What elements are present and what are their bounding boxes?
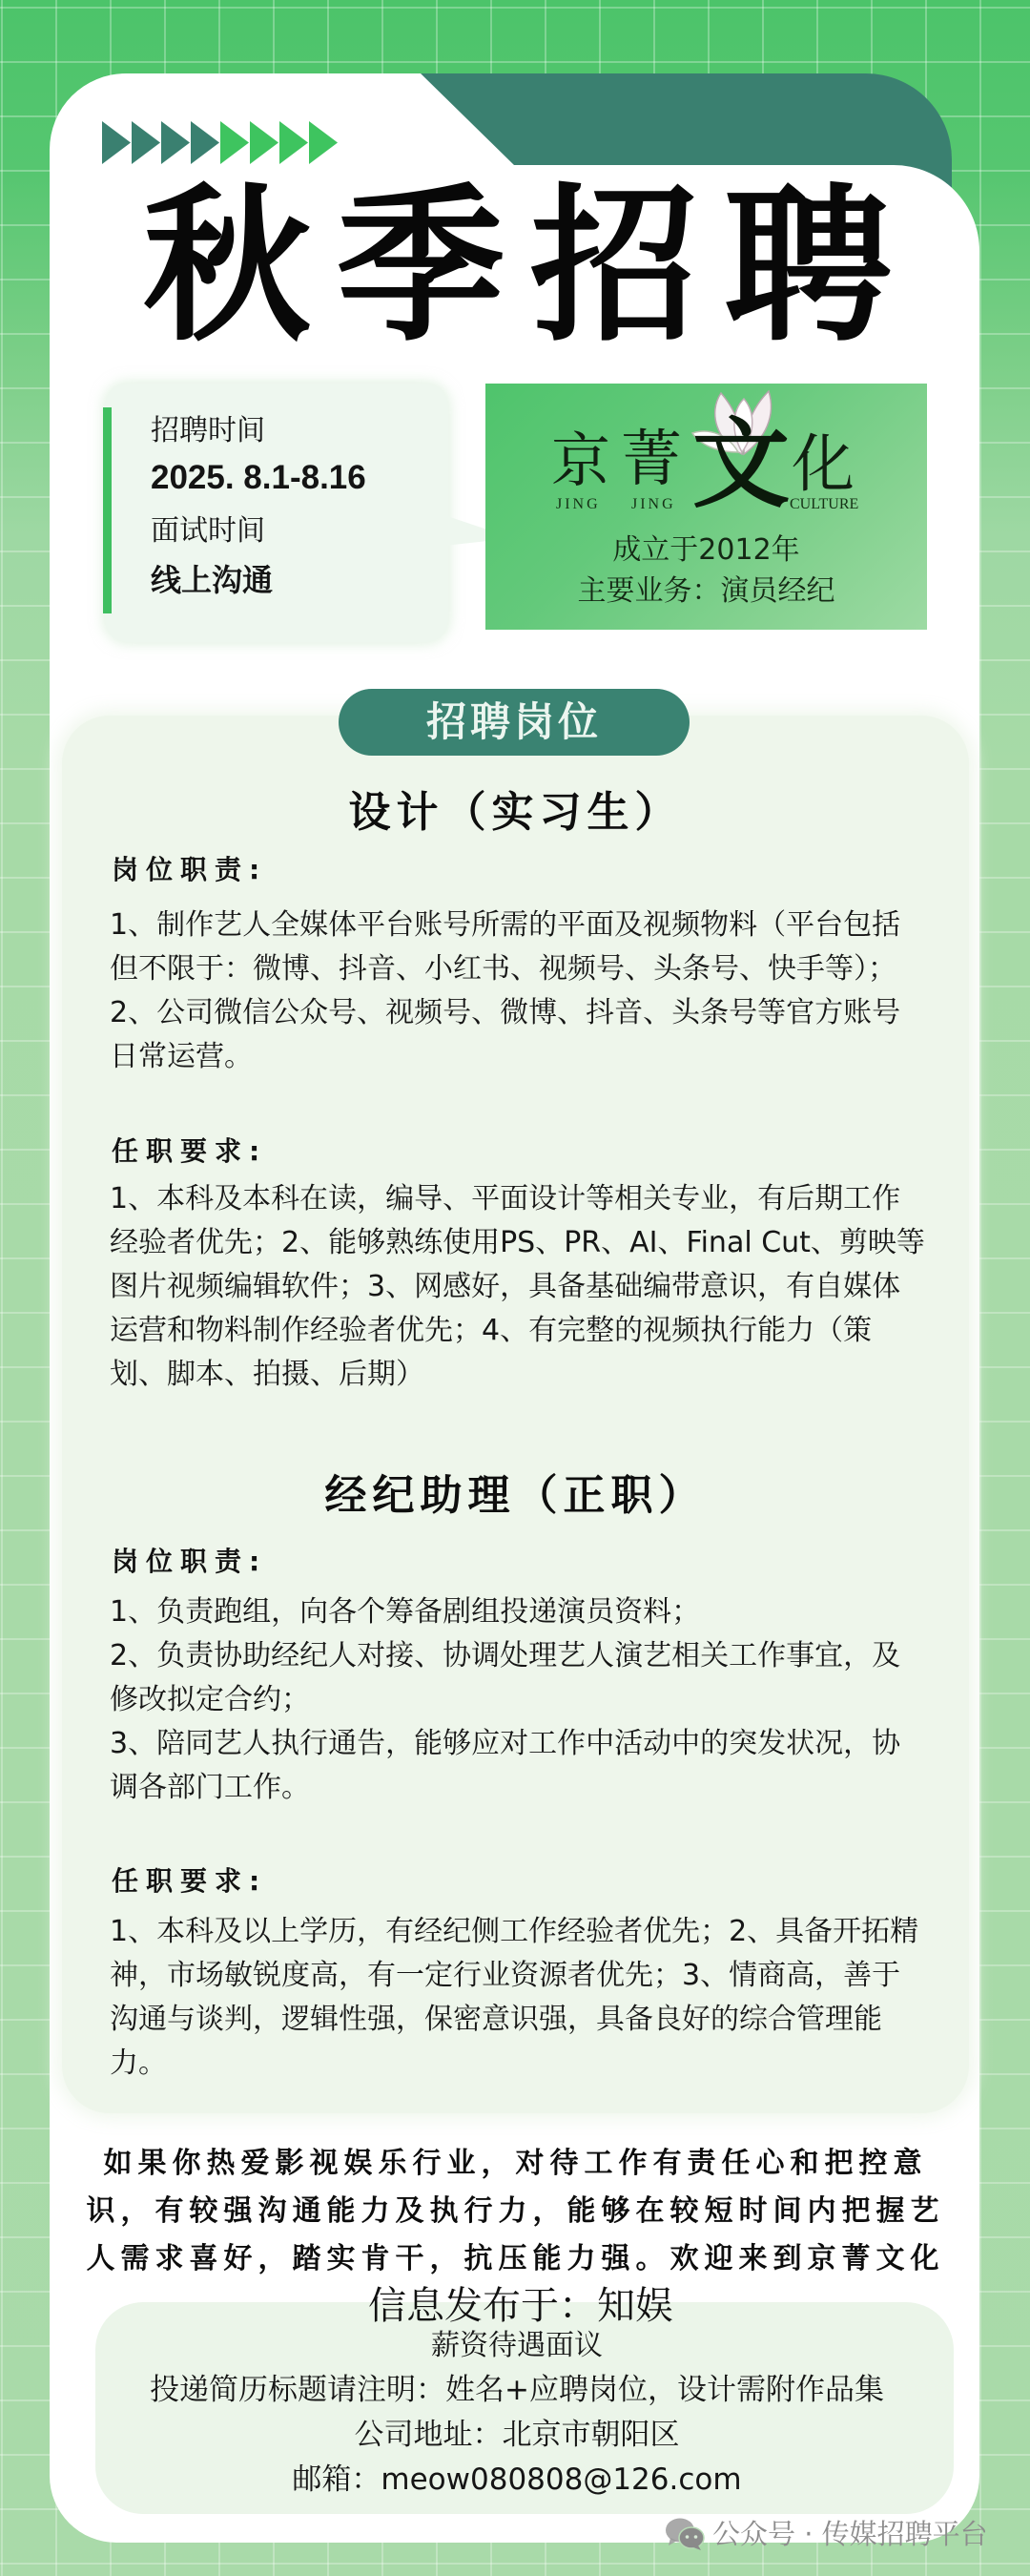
logo-char: 化 <box>792 433 855 496</box>
list-line: 调各部门工作。 <box>110 1766 900 1810</box>
business-text: 主要业务：演员经纪 <box>485 577 927 606</box>
arrow-icon <box>309 121 338 164</box>
list-line: 3、陪同艺人执行通告，能够应对工作中活动中的突发状况，协 <box>110 1722 900 1766</box>
arrow-icon <box>161 121 190 164</box>
resume-note: 投递简历标题请注明：姓名+应聘岗位，设计需附作品集 <box>95 2368 938 2413</box>
list-line: 神，市场敏锐度高，有一定行业资源者优先；3、情商高，善于 <box>110 1954 918 1998</box>
address-text: 公司地址：北京市朝阳区 <box>95 2413 938 2458</box>
publisher-text: 信息发布于：知娱 <box>0 2283 1030 2329</box>
accent-bar <box>103 407 112 613</box>
recruit-time-value: 2025. 8.1-8.16 <box>151 461 366 494</box>
requirements-heading: 任职要求: <box>112 1130 267 1174</box>
requirements-list: 1、本科及以上学历，有经纪侧工作经验者优先；2、具备开拓精 神，市场敏锐度高，有… <box>110 1910 918 2086</box>
duties-list: 1、制作艺人全媒体平台账号所需的平面及视频物料（平台包括 但不限于：微博、抖音、… <box>110 904 900 1079</box>
logo-latin: CULTURE <box>790 497 858 512</box>
arrow-icon <box>279 121 308 164</box>
founded-text: 成立于2012年 <box>485 536 927 565</box>
position-title: 设计（实习生） <box>62 784 969 841</box>
list-line: 沟通与谈判，逻辑性强，保密意识强，具备良好的综合管理能 <box>110 1998 918 2042</box>
section-label: 招聘岗位 <box>426 702 602 742</box>
duties-heading: 岗位职责: <box>112 848 267 892</box>
list-line: 1、制作艺人全媒体平台账号所需的平面及视频物料（平台包括 <box>110 904 900 947</box>
list-line: 1、本科及本科在读，编导、平面设计等相关专业，有后期工作 <box>110 1177 925 1221</box>
list-line: 划、脚本、拍摄、后期） <box>110 1353 925 1397</box>
requirements-heading: 任职要求: <box>112 1859 267 1903</box>
requirements-list: 1、本科及本科在读，编导、平面设计等相关专业，有后期工作 经验者优先；2、能够熟… <box>110 1177 925 1397</box>
closing-line: 如果你热爱影视娱乐行业，对待工作有责任心和把控意 <box>62 2140 969 2188</box>
logo-latin: JING <box>631 497 676 512</box>
recruit-time-label: 招聘时间 <box>151 417 265 446</box>
email-text: 邮箱：meow080808@126.com <box>95 2458 938 2503</box>
list-line: 1、负责跑组，向各个筹备剧组投递演员资料； <box>110 1590 900 1634</box>
wechat-icon <box>665 2517 705 2551</box>
closing-paragraph: 如果你热爱影视娱乐行业，对待工作有责任心和把控意 识，有较强沟通能力及执行力，能… <box>62 2140 969 2283</box>
arrow-icon <box>220 121 249 164</box>
duties-list: 1、负责跑组，向各个筹备剧组投递演员资料； 2、负责协助经纪人对接、协调处理艺人… <box>110 1590 900 1810</box>
arrow-icon <box>191 121 219 164</box>
page-title: 秋季招聘 <box>143 183 917 351</box>
arrow-icon <box>132 121 160 164</box>
closing-line: 识，有较强沟通能力及执行力，能够在较短时间内把握艺 <box>62 2188 969 2235</box>
logo-char: 菁 <box>621 429 682 490</box>
list-line: 2、负责协助经纪人对接、协调处理艺人演艺相关工作事宜，及 <box>110 1634 900 1678</box>
watermark-text: 公众号 · 传媒招聘平台 <box>712 2521 988 2548</box>
interview-time-value: 线上沟通 <box>151 565 273 595</box>
duties-heading: 岗位职责: <box>112 1540 267 1584</box>
list-line: 经验者优先；2、能够熟练使用PS、PR、AI、Final Cut、剪映等 <box>110 1221 925 1265</box>
section-label-pill: 招聘岗位 <box>339 689 690 756</box>
position-title: 经纪助理（正职） <box>62 1467 969 1525</box>
salary-text: 薪资待遇面议 <box>95 2323 938 2368</box>
list-line: 修改拟定合约； <box>110 1678 900 1722</box>
logo-latin: JING <box>556 497 601 512</box>
list-line: 2、公司微信公众号、视频号、微博、抖音、头条号等官方账号 <box>110 991 900 1035</box>
arrow-icon <box>250 121 278 164</box>
list-line: 图片视频编辑软件；3、网感好，具备基础编带意识，有自媒体 <box>110 1265 925 1309</box>
list-line: 日常运营。 <box>110 1035 900 1079</box>
list-line: 1、本科及以上学历，有经纪侧工作经验者优先；2、具备开拓精 <box>110 1910 918 1954</box>
list-line: 运营和物料制作经验者优先；4、有完整的视频执行能力（策 <box>110 1309 925 1353</box>
logo-char: 京 <box>551 431 610 490</box>
logo-char: 文 <box>692 416 790 513</box>
interview-time-label: 面试时间 <box>151 517 265 546</box>
list-line: 但不限于：微博、抖音、小红书、视频号、头条号、快手等）； <box>110 947 900 991</box>
list-line: 力。 <box>110 2042 918 2086</box>
arrow-icon <box>102 121 131 164</box>
contact-info: 薪资待遇面议 投递简历标题请注明：姓名+应聘岗位，设计需附作品集 公司地址：北京… <box>95 2323 938 2503</box>
arrows-decoration <box>102 121 340 165</box>
closing-line: 人需求喜好，踏实肯干，抗压能力强。欢迎来到京菁文化 <box>62 2235 969 2283</box>
